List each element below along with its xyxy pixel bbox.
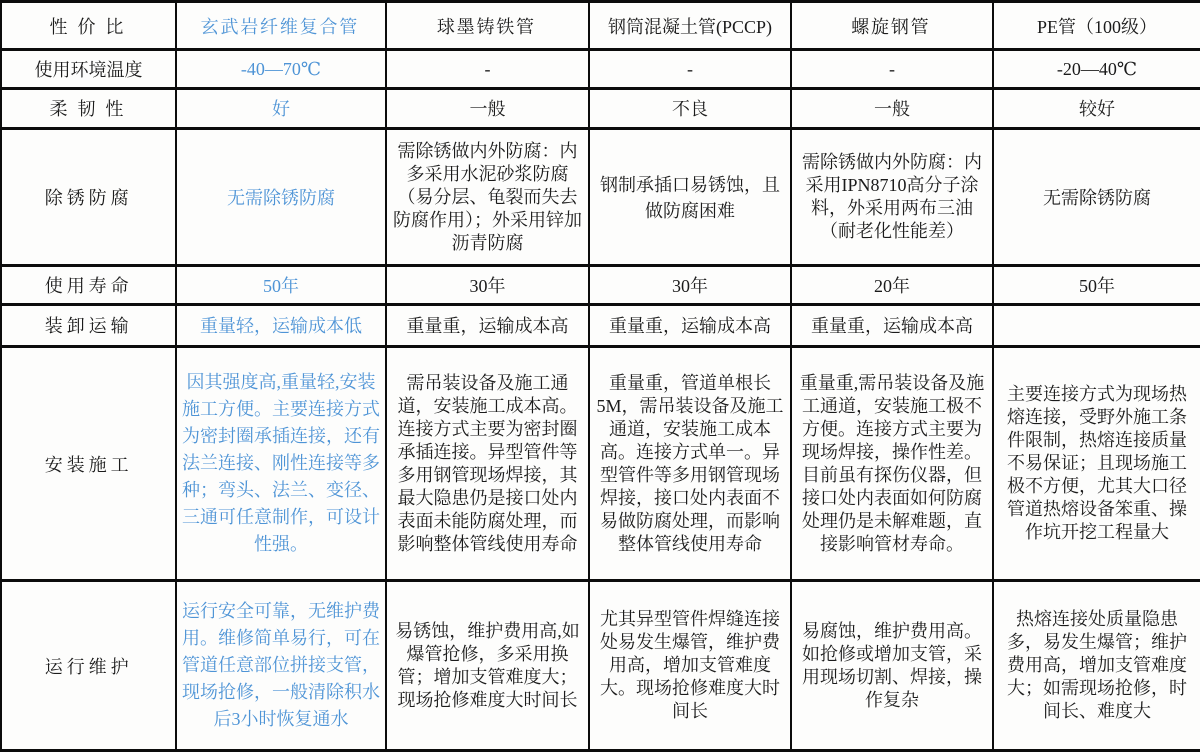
table-cell: 因其强度高,重量轻,安装施工方便。主要连接方式为密封圈承插连接，还有法兰连接、刚… (176, 347, 386, 581)
table-cell: 20年 (791, 266, 993, 304)
table-cell: 重量重，运输成本高 (589, 304, 791, 346)
table-cell: 30年 (589, 266, 791, 304)
table-cell: 重量重,需吊装设备及施工通道，安装施工极不方便。连接方式主要为现场焊接，操作性差… (791, 347, 993, 581)
row-label: 使用寿命 (1, 266, 176, 304)
header-cell-spiral-steel-pipe: 螺旋钢管 (791, 2, 993, 50)
row-loading-transport: 装卸运输 重量轻，运输成本低 重量重，运输成本高 重量重，运输成本高 重量重，运… (1, 304, 1200, 346)
table-cell: 需除锈做内外防腐：内采用IPN8710高分子涂料，外采用两布三油（耐老化性能差） (791, 129, 993, 266)
table-cell: - (589, 50, 791, 88)
table-cell: -40—70℃ (176, 50, 386, 88)
row-label: 安装施工 (1, 347, 176, 581)
table-cell: 30年 (386, 266, 589, 304)
table-cell: - (386, 50, 589, 88)
row-operation-maintenance: 运行维护 运行安全可靠，无维护费用。维修简单易行，可在管道任意部位拼接支管，现场… (1, 581, 1200, 751)
table-cell: 一般 (791, 88, 993, 128)
table-cell: 重量重，运输成本高 (386, 304, 589, 346)
table-cell: 热熔连接处质量隐患多，易发生爆管；维护费用高，增加支管难度大；如需现场抢修，时间… (993, 581, 1200, 751)
table-cell: 重量重，管道单根长5M，需吊装设备及施工通道，安装施工成本高。连接方式单一。异型… (589, 347, 791, 581)
header-cell-criteria: 性价比 (1, 2, 176, 50)
row-label: 除锈防腐 (1, 129, 176, 266)
table-cell: 重量轻，运输成本低 (176, 304, 386, 346)
table-cell (993, 304, 1200, 346)
table-cell: 无需除锈防腐 (993, 129, 1200, 266)
table-cell: - (791, 50, 993, 88)
table-cell: 好 (176, 88, 386, 128)
table-cell: 主要连接方式为现场热熔连接，受野外施工条件限制，热熔连接质量不易保证；且现场施工… (993, 347, 1200, 581)
table-cell: 易腐蚀，维护费用高。如抢修或增加支管，采用现场切割、焊接，操作复杂 (791, 581, 993, 751)
table-cell: 重量重，运输成本高 (791, 304, 993, 346)
table-cell: 较好 (993, 88, 1200, 128)
row-label: 运行维护 (1, 581, 176, 751)
table-cell: 无需除锈防腐 (176, 129, 386, 266)
header-cell-ductile-iron-pipe: 球墨铸铁管 (386, 2, 589, 50)
header-cell-basalt-fiber-pipe: 玄武岩纤维复合管 (176, 2, 386, 50)
row-operating-temperature: 使用环境温度 -40—70℃ - - - -20—40℃ (1, 50, 1200, 88)
row-installation: 安装施工 因其强度高,重量轻,安装施工方便。主要连接方式为密封圈承插连接，还有法… (1, 347, 1200, 581)
table-cell: 50年 (993, 266, 1200, 304)
table-cell: -20—40℃ (993, 50, 1200, 88)
table-cell: 需吊装设备及施工通道，安装施工成本高。连接方式主要为密封圈承插连接。异型管件等多… (386, 347, 589, 581)
row-service-life: 使用寿命 50年 30年 30年 20年 50年 (1, 266, 1200, 304)
table-cell: 不良 (589, 88, 791, 128)
table-cell: 50年 (176, 266, 386, 304)
table-cell: 运行安全可靠，无维护费用。维修简单易行，可在管道任意部位拼接支管，现场抢修，一般… (176, 581, 386, 751)
header-row: 性价比 玄武岩纤维复合管 球墨铸铁管 钢筒混凝土管(PCCP) 螺旋钢管 PE管… (1, 2, 1200, 50)
row-label: 使用环境温度 (1, 50, 176, 88)
table-cell: 钢制承插口易锈蚀，且做防腐困难 (589, 129, 791, 266)
header-cell-pccp-pipe: 钢筒混凝土管(PCCP) (589, 2, 791, 50)
pipe-comparison-table: 性价比 玄武岩纤维复合管 球墨铸铁管 钢筒混凝土管(PCCP) 螺旋钢管 PE管… (0, 0, 1200, 752)
table-cell: 需除锈做内外防腐：内多采用水泥砂浆防腐（易分层、龟裂而失去防腐作用）；外采用锌加… (386, 129, 589, 266)
row-rust-prevention: 除锈防腐 无需除锈防腐 需除锈做内外防腐：内多采用水泥砂浆防腐（易分层、龟裂而失… (1, 129, 1200, 266)
row-flexibility: 柔韧性 好 一般 不良 一般 较好 (1, 88, 1200, 128)
table-cell: 易锈蚀，维护费用高,如爆管抢修，多采用换管；增加支管难度大；现场抢修难度大时间长 (386, 581, 589, 751)
table-cell: 一般 (386, 88, 589, 128)
table-cell: 尤其异型管件焊缝连接处易发生爆管，维护费用高，增加支管难度大。现场抢修难度大时间… (589, 581, 791, 751)
row-label: 柔韧性 (1, 88, 176, 128)
header-cell-pe-pipe: PE管（100级） (993, 2, 1200, 50)
row-label: 装卸运输 (1, 304, 176, 346)
